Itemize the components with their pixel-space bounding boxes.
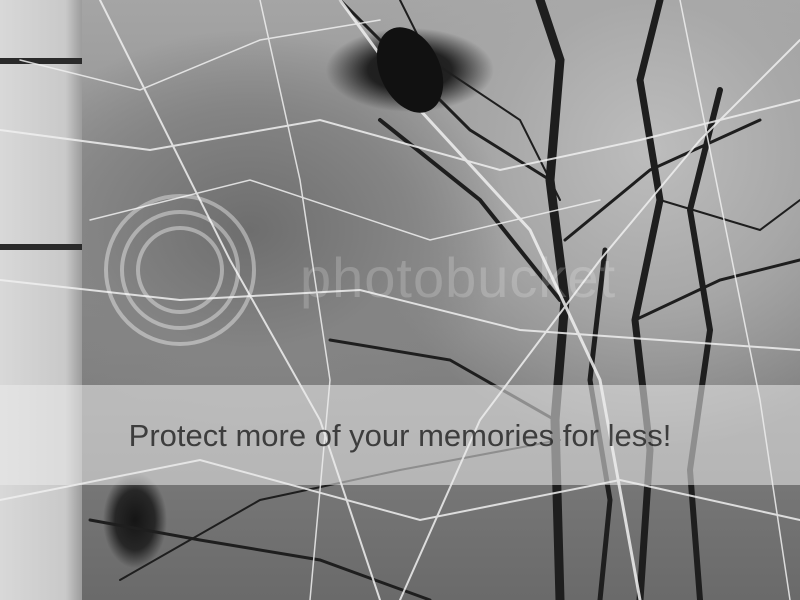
concentric-rings-icon — [100, 190, 260, 350]
watermark-banner-text: Protect more of your memories for less! — [0, 418, 800, 454]
bird — [364, 17, 456, 124]
watermark-logo: photobucket — [100, 190, 700, 350]
watermark-logo-text: photobucket — [300, 245, 616, 310]
photo: photobucket Protect more of your memorie… — [0, 0, 800, 600]
